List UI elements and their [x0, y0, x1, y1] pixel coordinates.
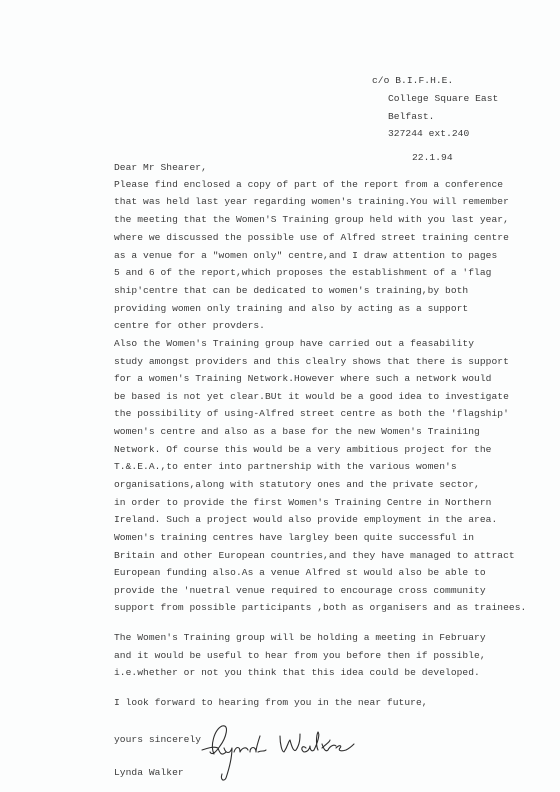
- letter-page: c/o B.I.F.H.E. College Square East Belfa…: [0, 0, 560, 792]
- text-line: Please find enclosed a copy of part of t…: [114, 180, 503, 190]
- text-line: the meeting that the Women'S Training gr…: [114, 215, 509, 225]
- closing-line: I look forward to hearing from you in th…: [114, 698, 428, 708]
- text-line: as a venue for a "women only" centre,and…: [114, 251, 497, 261]
- letter-date: 22.1.94: [412, 153, 453, 163]
- text-line: support from possible participants ,both…: [114, 603, 526, 613]
- text-line: women's centre and also as a base for th…: [114, 427, 480, 437]
- text-line: Women's training centres have largley be…: [114, 533, 474, 543]
- address-line: 327244 ext.240: [388, 129, 469, 139]
- text-line: be based is not yet clear.BUt it would b…: [114, 392, 509, 402]
- text-line: ship'centre that can be dedicated to wom…: [114, 286, 468, 296]
- text-line: that was held last year regarding women'…: [114, 197, 509, 207]
- text-line: organisations,along with statutory ones …: [114, 480, 480, 490]
- text-line: study amongst providers and this clealry…: [114, 357, 509, 367]
- text-line: European funding also.As a venue Alfred …: [114, 568, 486, 578]
- text-line: Ireland. Such a project would also provi…: [114, 515, 497, 525]
- valediction: yours sincerely: [114, 735, 201, 745]
- text-line: in order to provide the first Women's Tr…: [114, 498, 491, 508]
- address-line: College Square East: [388, 94, 498, 104]
- address-line: Belfast.: [388, 112, 434, 122]
- text-line: Britain and other European countries,and…: [114, 551, 515, 561]
- signatory-name: Lynda Walker: [114, 768, 184, 778]
- handwritten-signature: [200, 722, 360, 782]
- text-line: T.&.E.A.,to enter into partnership with …: [114, 462, 457, 472]
- text-line: The Women's Training group will be holdi…: [114, 633, 486, 643]
- text-line: and it would be useful to hear from you …: [114, 651, 486, 661]
- text-line: for a women's Training Network.However w…: [114, 374, 491, 384]
- text-line: the possibility of using-Alfred street c…: [114, 409, 509, 419]
- text-line: centre for other provders.: [114, 321, 265, 331]
- text-line: provide the 'nuetral venue required to e…: [114, 586, 486, 596]
- salutation: Dear Mr Shearer,: [114, 163, 207, 173]
- text-line: providing women only training and also b…: [114, 304, 468, 314]
- text-line: 5 and 6 of the report,which proposes the…: [114, 268, 491, 278]
- text-line: i.e.whether or not you think that this i…: [114, 668, 480, 678]
- address-line: c/o B.I.F.H.E.: [372, 76, 453, 86]
- text-line: where we discussed the possible use of A…: [114, 233, 509, 243]
- text-line: Network. Of course this would be a very …: [114, 445, 491, 455]
- text-line: Also the Women's Training group have car…: [114, 339, 474, 349]
